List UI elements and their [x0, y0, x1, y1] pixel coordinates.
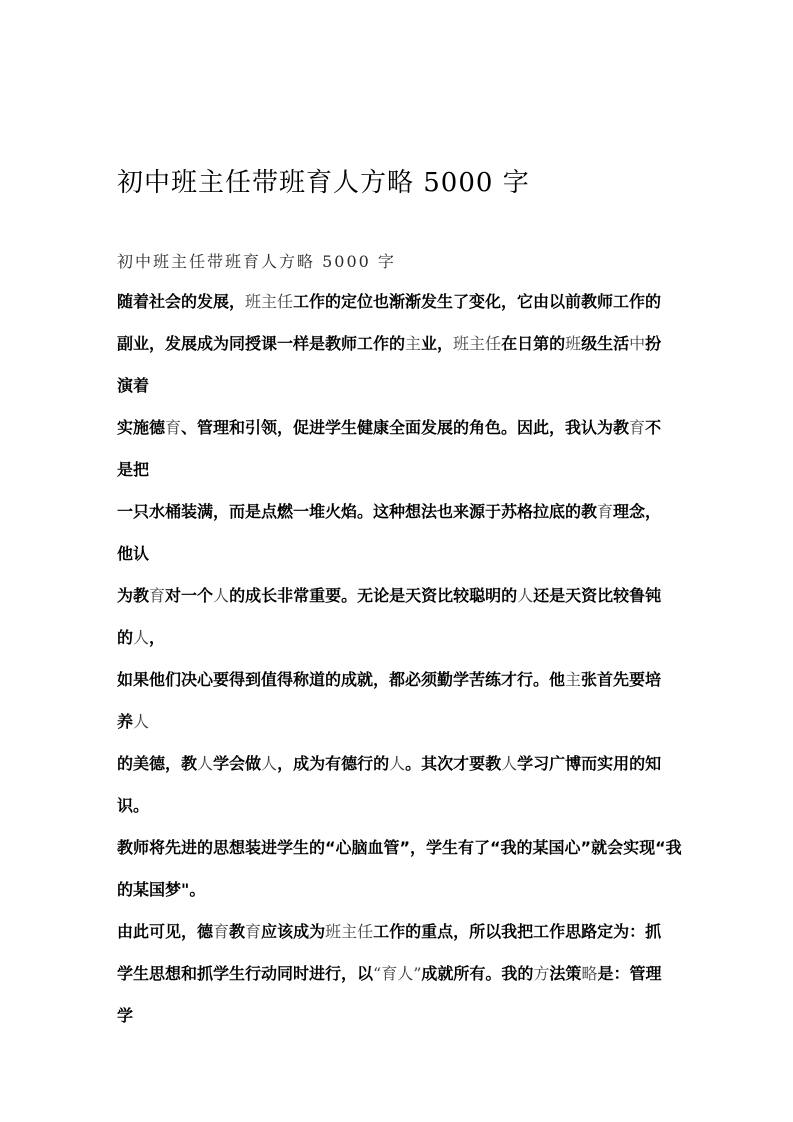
- text-line: 他认: [117, 533, 679, 575]
- document-body: 随着社会的发展，班主任工作的定位也渐渐发生了变化，它由以前教师工作的副业，发展成…: [117, 281, 679, 1037]
- substituted-font-text: 育: [165, 418, 181, 437]
- text-line: 随着社会的发展，班主任工作的定位也渐渐发生了变化，它由以前教师工作的: [117, 281, 679, 323]
- substituted-font-text: 人: [501, 754, 517, 773]
- substituted-font-text: 人: [389, 754, 405, 773]
- substituted-font-text: 人: [261, 754, 277, 773]
- body-text: 应该成为: [261, 922, 325, 941]
- body-text: 不: [645, 418, 661, 437]
- body-text: 学: [117, 1006, 133, 1025]
- text-line: 识。: [117, 785, 679, 827]
- body-text: 学习广博而实用的知: [517, 754, 661, 773]
- body-text: 对一个: [165, 586, 213, 605]
- substituted-font-text: 育: [245, 922, 261, 941]
- body-text: 一只水桶装满，而是点燃一堆火焰。这种想法也来源于苏格拉底的教: [117, 502, 597, 521]
- document-content: 初中班主任带班育人方略 5000 字 初中班主任带班育人方略 5000 字 随着…: [117, 0, 679, 1037]
- text-line: 如果他们决心要得到值得称道的成就，都必须勤学苦练才行。他主张首先要培: [117, 659, 679, 701]
- text-line: 的人，: [117, 617, 679, 659]
- text-line: 养人: [117, 701, 679, 743]
- body-text: 的: [117, 628, 133, 647]
- body-text: 。其次才要教: [405, 754, 501, 773]
- body-text: 的美德，教: [117, 754, 197, 773]
- body-text: 学会做: [213, 754, 261, 773]
- body-text: ，: [149, 628, 165, 647]
- body-text: 张首先要培: [581, 670, 661, 689]
- substituted-font-text: 中: [629, 334, 645, 353]
- body-text: 养: [117, 712, 133, 731]
- text-line: 演着: [117, 365, 679, 407]
- substituted-font-text: 人: [517, 586, 533, 605]
- text-line: 由此可见，德育教育应该成为班主任工作的重点，所以我把工作思路定为：抓: [117, 911, 679, 953]
- substituted-font-text: 育: [597, 502, 613, 521]
- body-text: 、管理和引领，促进学生健康全面发展的角色。因此，我认为教: [181, 418, 629, 437]
- text-line: 学: [117, 995, 679, 1037]
- text-line: 教师将先进的思想装进学生的“心脑血管”，学生有了“我的某国心”就会实现“我: [117, 827, 679, 869]
- body-text: 他认: [117, 544, 149, 563]
- text-line: 实施德育、管理和引领，促进学生健康全面发展的角色。因此，我认为教育不: [117, 407, 679, 449]
- body-text: 演着: [117, 376, 149, 395]
- body-text: 的成长非常重要。无论是天资比较聪明的: [229, 586, 517, 605]
- text-line: 的美德，教人学会做人，成为有德行的人。其次才要教人学习广博而实用的知: [117, 743, 679, 785]
- substituted-font-text: 人: [213, 586, 229, 605]
- body-text: 如果他们决心要得到值得称道的成就，都必须勤学苦练才行。他: [117, 670, 565, 689]
- substituted-font-text: “育人”: [373, 964, 421, 983]
- body-text: 工作的重点，所以我把工作思路定为：抓: [373, 922, 661, 941]
- body-text: 还是天资比较鲁钝: [533, 586, 661, 605]
- substituted-font-text: 育: [149, 586, 165, 605]
- text-line: 一只水桶装满，而是点燃一堆火焰。这种想法也来源于苏格拉底的教育理念，: [117, 491, 679, 533]
- text-line: 是把: [117, 449, 679, 491]
- text-line: 副业，发展成为同授课一样是教师工作的主业，班主任在日第的班级生活中扮: [117, 323, 679, 365]
- substituted-font-text: 班主任: [325, 922, 373, 941]
- body-text: 识。: [117, 796, 149, 815]
- body-text: 由此可见，德: [117, 922, 213, 941]
- body-text: 教师将先进的思想装进学生的“心脑血管”，学生有了“我的某国心”就会实现“我: [117, 838, 682, 857]
- document-page: 初中班主任带班育人方略 5000 字 初中班主任带班育人方略 5000 字 随着…: [0, 0, 793, 1122]
- body-text: 为教: [117, 586, 149, 605]
- body-text: 是：管理: [597, 964, 661, 983]
- substituted-font-text: 方: [533, 964, 549, 983]
- body-text: 教: [229, 922, 245, 941]
- body-text: 扮: [645, 334, 661, 353]
- body-text: 工作的定位也渐渐发生了变化，它由以前教师工作的: [293, 292, 661, 311]
- body-text: 学生思想和抓学生行动同时进行，以: [117, 964, 373, 983]
- substituted-font-text: 主: [405, 334, 421, 353]
- body-text: 业，: [421, 334, 453, 353]
- body-text: 实施德: [117, 418, 165, 437]
- substituted-font-text: 人: [197, 754, 213, 773]
- substituted-font-text: 主: [565, 670, 581, 689]
- substituted-font-text: 班: [565, 334, 581, 353]
- substituted-font-text: 略: [581, 964, 597, 983]
- substituted-font-text: 育: [213, 922, 229, 941]
- substituted-font-text: 人: [133, 712, 149, 731]
- substituted-font-text: 人: [133, 628, 149, 647]
- body-text: 成就所有。我的: [421, 964, 533, 983]
- text-line: 为教育对一个人的成长非常重要。无论是天资比较聪明的人还是天资比较鲁钝: [117, 575, 679, 617]
- body-text: 法策: [549, 964, 581, 983]
- body-text: 随着社会的发展，: [117, 292, 245, 311]
- body-text: ，成为有德行的: [277, 754, 389, 773]
- substituted-font-text: 班主任: [245, 292, 293, 311]
- text-line: 的某国梦"。: [117, 869, 679, 911]
- document-title: 初中班主任带班育人方略 5000 字: [117, 165, 679, 201]
- text-line: 学生思想和抓学生行动同时进行，以“育人”成就所有。我的方法策略是：管理: [117, 953, 679, 995]
- body-text: 是把: [117, 460, 149, 479]
- document-subtitle: 初中班主任带班育人方略 5000 字: [117, 251, 679, 273]
- body-text: 在日第的: [501, 334, 565, 353]
- substituted-font-text: 育: [629, 418, 645, 437]
- body-text: 的某国梦"。: [117, 880, 205, 899]
- body-text: 副业，发展成为同授课一样是教师工作的: [117, 334, 405, 353]
- body-text: 理念，: [613, 502, 661, 521]
- substituted-font-text: 班主任: [453, 334, 501, 353]
- body-text: 级生活: [581, 334, 629, 353]
